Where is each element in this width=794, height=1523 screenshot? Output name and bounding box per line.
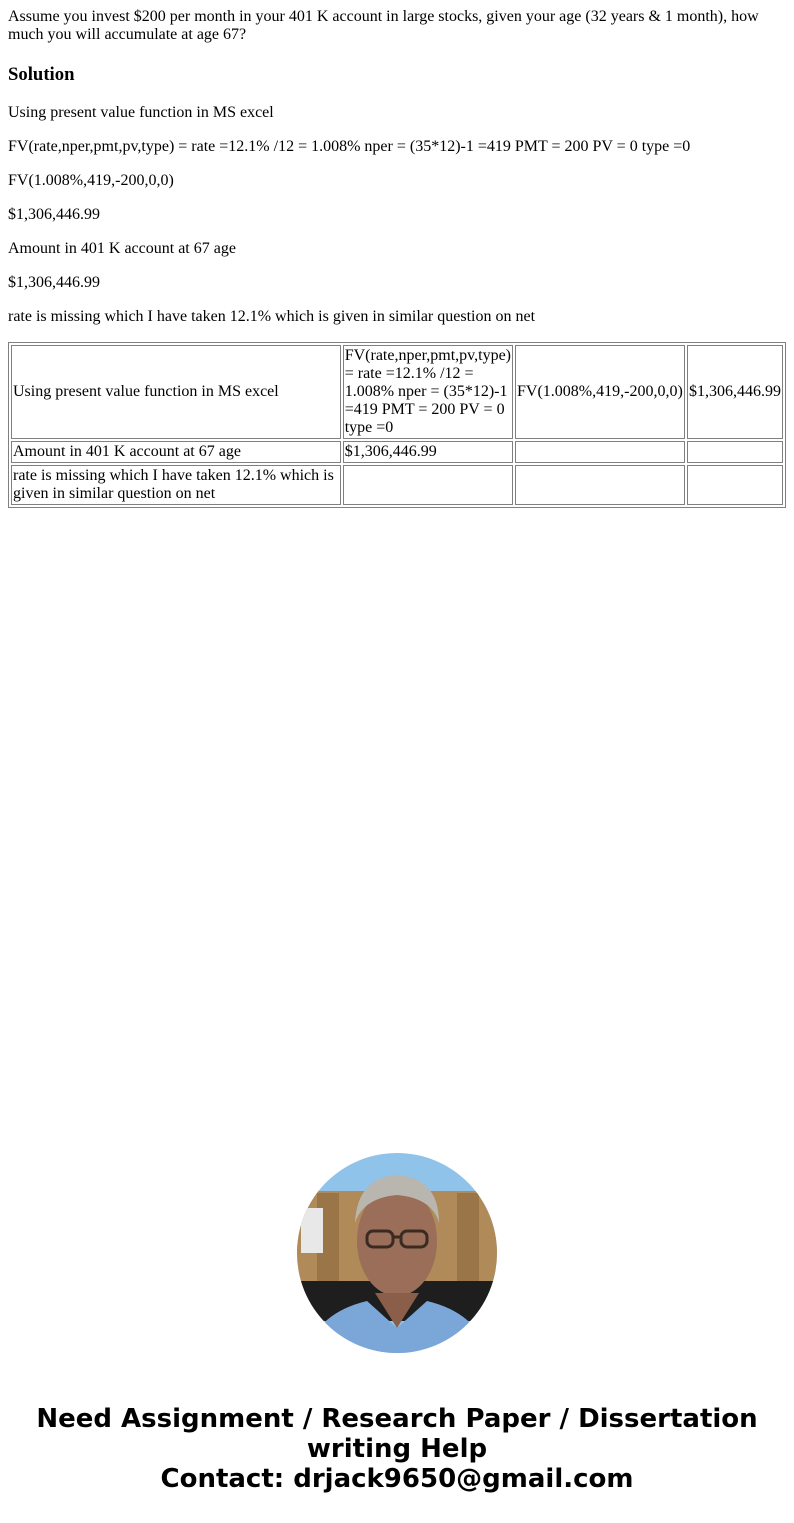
table-cell [515,441,685,463]
promo-line: writing Help [0,1434,794,1464]
solution-line: rate is missing which I have taken 12.1%… [8,308,786,326]
table-row: rate is missing which I have taken 12.1%… [11,465,783,505]
solution-line: $1,306,446.99 [8,206,786,224]
author-photo-icon [297,1153,497,1353]
table-cell: $1,306,446.99 [343,441,513,463]
table-cell [687,441,783,463]
table-cell: FV(rate,nper,pmt,pv,type) = rate =12.1% … [343,345,513,439]
solution-heading: Solution [8,64,786,86]
solution-line: FV(1.008%,419,-200,0,0) [8,172,786,190]
promo-line: Need Assignment / Research Paper / Disse… [0,1404,794,1434]
solution-line: Amount in 401 K account at 67 age [8,240,786,258]
table-cell: Using present value function in MS excel [11,345,341,439]
author-photo [297,1153,497,1353]
solution-line: $1,306,446.99 [8,274,786,292]
table-cell [343,465,513,505]
table-cell: Amount in 401 K account at 67 age [11,441,341,463]
solution-table: Using present value function in MS excel… [8,342,786,508]
table-row: Amount in 401 K account at 67 age $1,306… [11,441,783,463]
table-cell: $1,306,446.99 [687,345,783,439]
table-cell [515,465,685,505]
promo-contact: Contact: drjack9650@gmail.com [0,1464,794,1494]
question-text: Assume you invest $200 per month in your… [8,8,786,44]
table-row: Using present value function in MS excel… [11,345,783,439]
solution-line: Using present value function in MS excel [8,104,786,122]
solution-line: FV(rate,nper,pmt,pv,type) = rate =12.1% … [8,138,786,156]
table-cell: rate is missing which I have taken 12.1%… [11,465,341,505]
table-cell: FV(1.008%,419,-200,0,0) [515,345,685,439]
document-body: Assume you invest $200 per month in your… [0,0,794,508]
promo-banner: Need Assignment / Research Paper / Disse… [0,1404,794,1494]
table-cell [687,465,783,505]
